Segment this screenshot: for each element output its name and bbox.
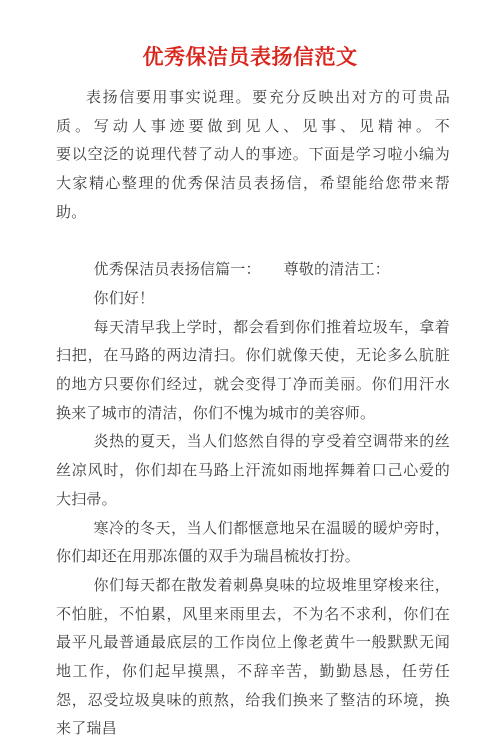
document-body: 表扬信要用事实说理。要充分反映出对方的可贵品质。写动人事迹要做到见人、见事、见精…	[56, 84, 450, 740]
document-title: 优秀保洁员表扬信范文	[56, 44, 444, 71]
paragraph-body-3: 寒冷的冬天，当人们都惬意地呆在温暖的暖炉旁时，你们却还在用那冻僵的双手为瑞昌梳妆…	[56, 515, 450, 572]
paragraph-body-4: 你们每天都在散发着刺鼻臭味的垃圾堆里穿梭来往，不怕脏，不怕累，风里来雨里去，不为…	[56, 572, 450, 740]
paragraph-greeting: 你们好！	[56, 285, 450, 314]
document-page: 优秀保洁员表扬信范文 表扬信要用事实说理。要充分反映出对方的可贵品质。写动人事迹…	[0, 0, 500, 740]
paragraph-section-heading: 优秀保洁员表扬信篇一： 尊敬的清洁工：	[56, 256, 450, 285]
paragraph-body-1: 每天清早我上学时，都会看到你们推着垃圾车，拿着扫把，在马路的两边清扫。你们就像天…	[56, 314, 450, 429]
paragraph-body-2: 炎热的夏天，当人们悠然自得的亨受着空调带来的丝丝凉风时，你们却在马路上汗流如雨地…	[56, 428, 450, 514]
paragraph-intro: 表扬信要用事实说理。要充分反映出对方的可贵品质。写动人事迹要做到见人、见事、见精…	[56, 84, 450, 228]
